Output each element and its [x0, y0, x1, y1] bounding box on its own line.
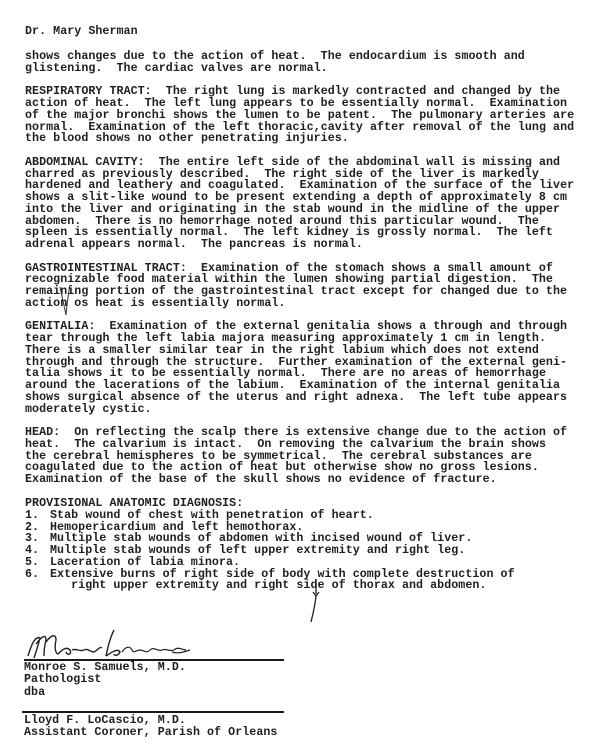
- diagnosis-item-text: right upper extremity and right side of …: [50, 580, 486, 592]
- report-line-respiratory-tract: the blood shows no other penetrating inj…: [25, 133, 349, 145]
- handwritten-arrow-mark: [308, 582, 322, 624]
- signature-line-pathologist: [24, 659, 284, 661]
- signature-line-coroner: [22, 711, 284, 713]
- autopsy-report-page: Dr. Mary Sherman shows changes due to th…: [0, 0, 599, 755]
- signature-coroner-line: Assistant Coroner, Parish of Orleans: [24, 727, 277, 739]
- diagnosis-item-number: 6.: [25, 569, 39, 581]
- signature-pathologist-line: dba: [24, 687, 45, 699]
- report-line-heart-continued: glistening. The cardiac valves are norma…: [25, 63, 328, 75]
- signature-coroner-line: Lloyd F. LoCascio, M.D.: [24, 715, 186, 727]
- report-line-genitalia: moderately cystic.: [25, 404, 152, 416]
- report-line-head: Examination of the base of the skull sho…: [25, 474, 497, 486]
- handwritten-check-mark: [58, 283, 72, 319]
- page-header-name: Dr. Mary Sherman: [25, 26, 138, 38]
- signature-pathologist-line: Pathologist: [24, 674, 101, 686]
- report-line-abdominal-cavity: adrenal appears normal. The pancreas is …: [25, 239, 363, 251]
